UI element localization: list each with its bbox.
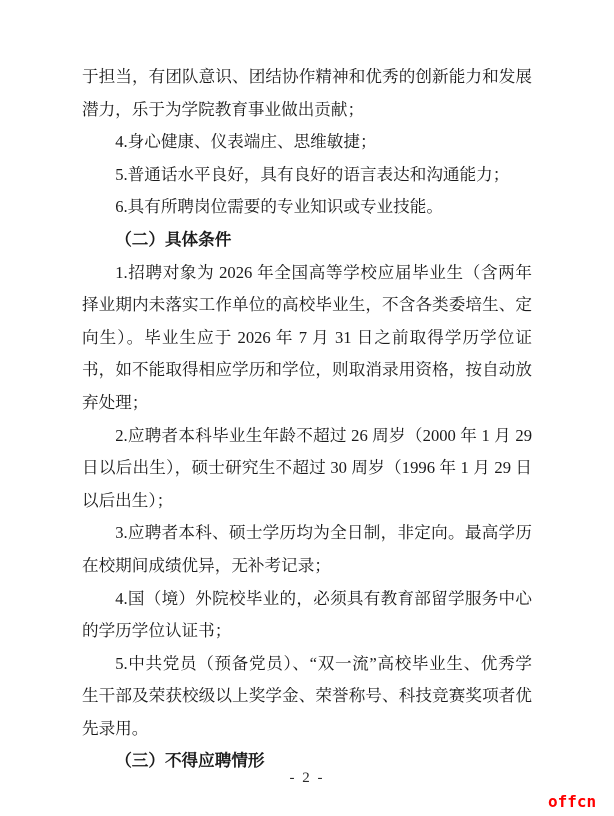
paragraph: 于担当，有团队意识、团结协作精神和优秀的创新能力和发展潜力，乐于为学院教育事业做… xyxy=(82,61,532,126)
paragraph: 5.普通话水平良好，具有良好的语言表达和沟通能力； xyxy=(82,159,532,192)
paragraph: 4.国（境）外院校毕业的，必须具有教育部留学服务中心的学历学位认证书； xyxy=(82,583,532,648)
paragraph: 6.具有所聘岗位需要的专业知识或专业技能。 xyxy=(82,191,532,224)
offcn-watermark: offcn xyxy=(548,792,596,811)
document-body: 于担当，有团队意识、团结协作精神和优秀的创新能力和发展潜力，乐于为学院教育事业做… xyxy=(82,61,532,778)
document-page: { "page": { "background": "#ffffff", "te… xyxy=(0,0,614,816)
paragraph: 3.应聘者本科、硕士学历均为全日制，非定向。最高学历在校期间成绩优异，无补考记录… xyxy=(82,517,532,582)
section-heading: （二）具体条件 xyxy=(82,224,532,257)
paragraph: 1.招聘对象为 2026 年全国高等学校应届毕业生（含两年择业期内未落实工作单位… xyxy=(82,257,532,420)
page-number: - 2 - xyxy=(0,770,614,787)
paragraph: 2.应聘者本科毕业生年龄不超过 26 周岁（2000 年 1 月 29 日以后出… xyxy=(82,420,532,518)
paragraph: 5.中共党员（预备党员）、“双一流”高校毕业生、优秀学生干部及荣获校级以上奖学金… xyxy=(82,648,532,746)
paragraph: 4.身心健康、仪表端庄、思维敏捷； xyxy=(82,126,532,159)
